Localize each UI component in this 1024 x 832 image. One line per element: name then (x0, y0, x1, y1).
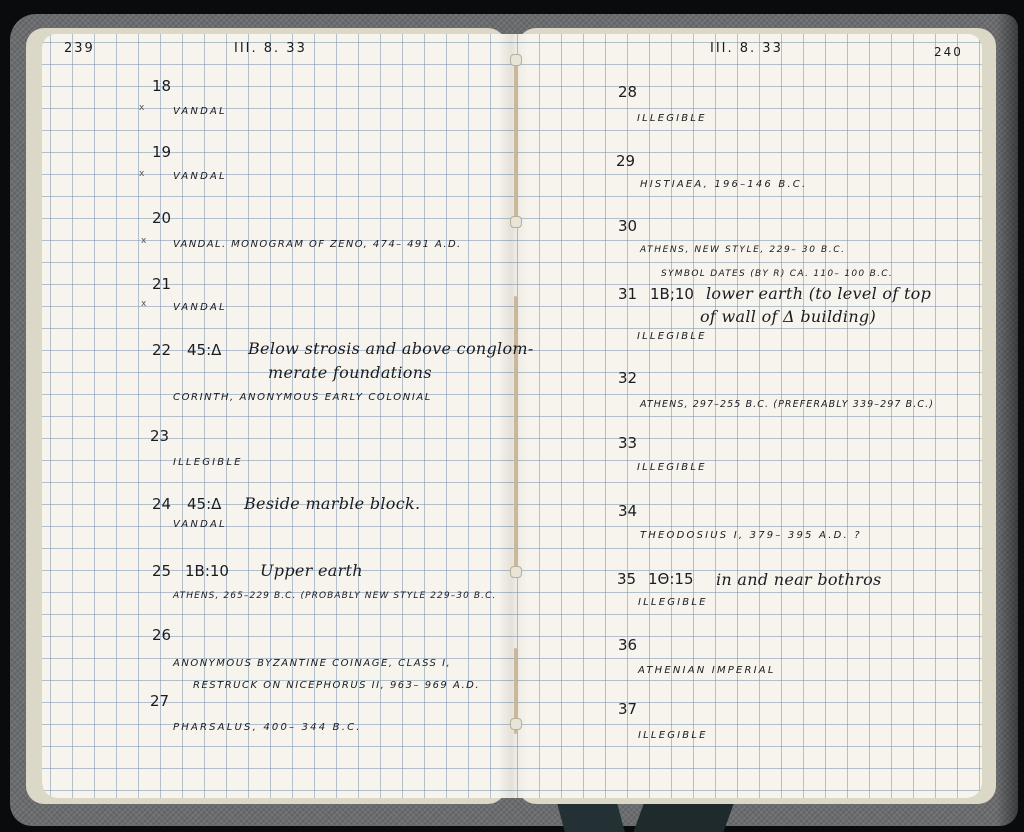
entry-number: 18 (152, 77, 171, 95)
entry-description: Vandal (173, 171, 227, 182)
binding-knot (510, 718, 522, 730)
check-mark: x (141, 236, 148, 246)
entry-description: Athens, New Style, 229– 30 B.C. (640, 245, 846, 255)
entry-description: Vandal (173, 519, 227, 530)
excavation-location: 45:Δ (187, 341, 221, 359)
entry-number: 22 (152, 341, 171, 359)
entry-number: 24 (152, 495, 171, 513)
find-note: Upper earth (260, 561, 363, 580)
gutter-shadow (498, 34, 528, 798)
entry-description: Corinth, Anonymous Early Colonial (173, 392, 432, 403)
entry-number: 25 (152, 562, 171, 580)
find-note: Below strosis and above conglom- (248, 339, 534, 358)
excavation-location: 1B:10 (185, 562, 229, 580)
entry-number: 30 (618, 217, 637, 235)
entry-number: 27 (150, 692, 169, 710)
entry-description: Athens, 297–255 B.C. (Preferably 339–297… (640, 399, 934, 410)
entry-number: 26 (152, 626, 171, 644)
excavation-location: 1B;10 (650, 285, 694, 303)
find-note: in and near bothros (716, 570, 882, 589)
entry-description: Anonymous Byzantine Coinage, Class I, (173, 658, 451, 669)
entry-description: Theodosius I, 379– 395 A.D. ? (640, 530, 862, 541)
entry-description: Illegible (173, 457, 243, 468)
entry-number: 28 (618, 83, 637, 101)
entry-number: 33 (618, 434, 637, 452)
right-page (512, 34, 982, 798)
find-note-continued: merate foundations (268, 363, 432, 382)
entry-description: Vandal (173, 106, 227, 117)
entry-description: Vandal (173, 302, 227, 313)
page-number-left: 239 (64, 41, 95, 56)
check-mark: x (139, 103, 146, 113)
find-note: Beside marble block. (244, 494, 420, 513)
entry-number: 19 (152, 143, 171, 161)
excavation-location: 45:Δ (187, 495, 221, 513)
entry-number: 37 (618, 700, 637, 718)
page-date-left: III. 8. 33 (234, 41, 307, 56)
entry-number: 35 (617, 570, 636, 588)
entry-number: 23 (150, 427, 169, 445)
page-date-right: III. 8. 33 (710, 41, 783, 56)
entry-number: 32 (618, 369, 637, 387)
find-note: lower earth (to level of top (706, 284, 931, 303)
cover-edge-shadow (996, 14, 1018, 826)
entry-number: 21 (152, 275, 171, 293)
entry-description: Pharsalus, 400– 344 B.C. (173, 722, 362, 733)
entry-description: Illegible (637, 331, 707, 342)
entry-number: 29 (616, 152, 635, 170)
entry-description: Athenian Imperial (638, 665, 776, 676)
binding-thread (514, 56, 517, 226)
binding-knot (510, 54, 522, 66)
entry-description: Illegible (637, 113, 707, 124)
entry-description-continued: Symbol dates (by R) ca. 110– 100 B.C. (661, 269, 893, 279)
entry-number: 34 (618, 502, 637, 520)
binding-knot (510, 216, 522, 228)
binding-knot (510, 566, 522, 578)
entry-description: Histiaea, 196–146 B.C. (640, 179, 807, 190)
check-mark: x (139, 169, 146, 179)
page-number-right: 240 (934, 45, 963, 59)
entry-number: 36 (618, 636, 637, 654)
entry-description: Illegible (637, 462, 707, 473)
entry-description-continued: restruck on Nicephorus II, 963– 969 A.D. (193, 680, 480, 691)
entry-description: Illegible (638, 730, 708, 741)
entry-description: Athens, 265–229 B.C. (Probably New Style… (173, 591, 497, 601)
entry-number: 31 (618, 285, 637, 303)
entry-number: 20 (152, 209, 171, 227)
entry-description: Vandal. Monogram of Zeno, 474– 491 A.D. (173, 239, 462, 250)
excavation-location: 1Θ:15 (648, 570, 694, 588)
find-note-continued: of wall of Δ building) (700, 307, 876, 326)
check-mark: x (141, 299, 148, 309)
binding-thread (514, 296, 517, 576)
entry-description: Illegible (638, 597, 708, 608)
